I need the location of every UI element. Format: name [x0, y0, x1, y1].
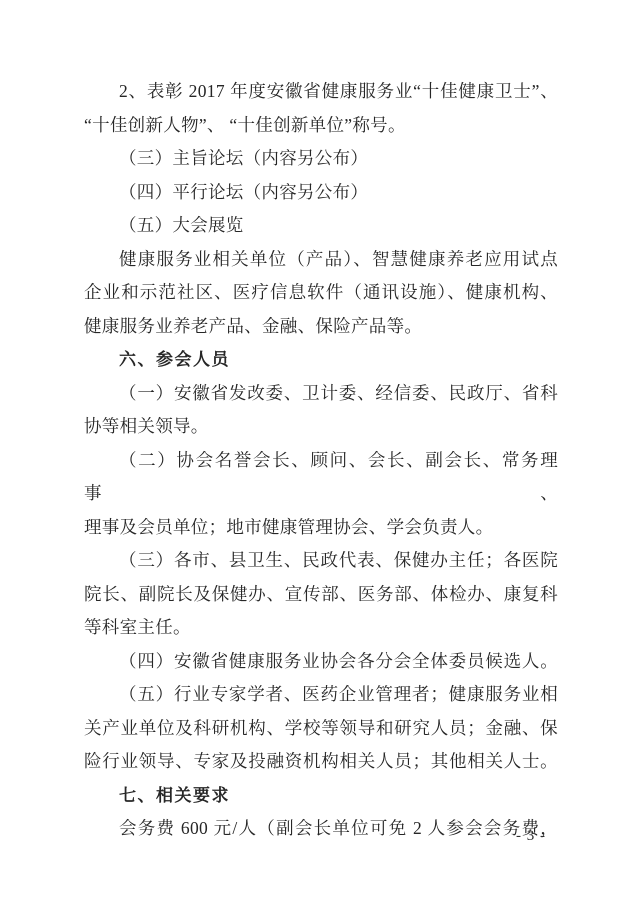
- text-line: 等科室主任。: [84, 611, 558, 645]
- text-line: （三）各市、县卫生、民政代表、保健办主任；各医院: [84, 544, 558, 578]
- text-line: （四）安徽省健康服务业协会各分会全体委员候选人。: [84, 645, 558, 679]
- text-line: “十佳创新人物”、 “十佳创新单位”称号。: [84, 109, 558, 143]
- text-line: 健康服务业养老产品、金融、保险产品等。: [84, 310, 558, 344]
- page-number: - 3 -: [84, 826, 546, 846]
- text-line: 院长、副院长及保健办、宣传部、医务部、体检办、康复科: [84, 578, 558, 612]
- text-line: （五）行业专家学者、医药企业管理者；健康服务业相: [84, 678, 558, 712]
- text-line: 关产业单位及科研机构、学校等领导和研究人员；金融、保: [84, 712, 558, 746]
- text-line: （二）协会名誉会长、顾问、会长、副会长、常务理事、: [84, 444, 558, 511]
- text-line: （一）安徽省发改委、卫计委、经信委、民政厅、省科: [84, 377, 558, 411]
- text-line: 健康服务业相关单位（产品）、智慧健康养老应用试点: [84, 243, 558, 277]
- text-line: 企业和示范社区、医疗信息软件（通讯设施）、健康机构、: [84, 276, 558, 310]
- text-line: 理事及会员单位；地市健康管理协会、学会负责人。: [84, 511, 558, 545]
- document-page: 2、表彰 2017 年度安徽省健康服务业“十佳健康卫士”、“十佳创新人物”、 “…: [0, 0, 637, 905]
- text-line: 协等相关领导。: [84, 410, 558, 444]
- text-line: 险行业领导、专家及投融资机构相关人员；其他相关人士。: [84, 745, 558, 779]
- section-heading: 七、相关要求: [84, 779, 558, 813]
- text-line: 2、表彰 2017 年度安徽省健康服务业“十佳健康卫士”、: [84, 75, 558, 109]
- text-line: （五）大会展览: [84, 209, 558, 243]
- text-line: （三）主旨论坛（内容另公布）: [84, 142, 558, 176]
- section-heading: 六、参会人员: [84, 343, 558, 377]
- document-body: 2、表彰 2017 年度安徽省健康服务业“十佳健康卫士”、“十佳创新人物”、 “…: [84, 75, 558, 846]
- text-line: （四）平行论坛（内容另公布）: [84, 176, 558, 210]
